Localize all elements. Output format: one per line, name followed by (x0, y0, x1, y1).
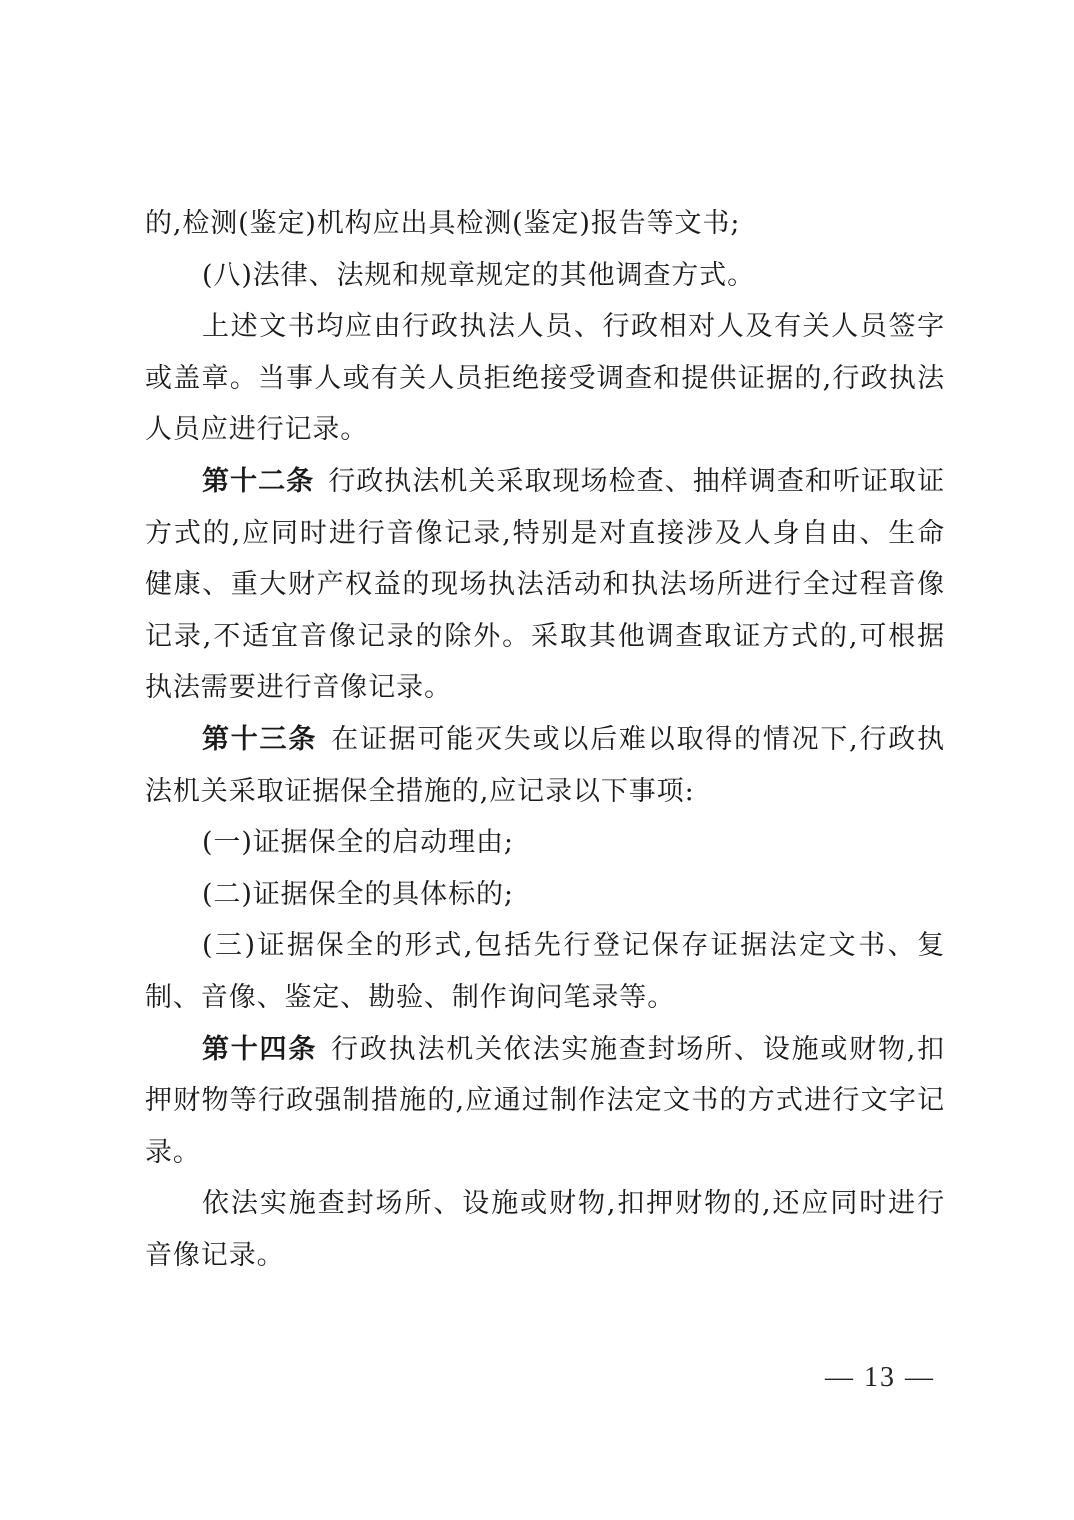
paragraph-text: (一)证据保全的启动理由; (202, 827, 514, 858)
article-12: 第十二条行政执法机关采取现场检查、抽样调查和听证取证方式的,应同时进行音像记录,… (145, 456, 945, 714)
article-heading: 第十二条 (202, 466, 314, 497)
list-item-2: (二)证据保全的具体标的; (145, 869, 945, 921)
paragraph-signature-requirement: 上述文书均应由行政执法人员、行政相对人及有关人员签字或盖章。当事人或有关人员拒绝… (145, 301, 945, 456)
paragraph-text: 上述文书均应由行政执法人员、行政相对人及有关人员签字或盖章。当事人或有关人员拒绝… (145, 311, 945, 445)
paragraph-text: (八)法律、法规和规章规定的其他调查方式。 (202, 260, 755, 291)
paragraph-text: 行政执法机关采取现场检查、抽样调查和听证取证方式的,应同时进行音像记录,特别是对… (145, 466, 945, 703)
paragraph-text: 的,检测(鉴定)机构应出具检测(鉴定)报告等文书; (145, 208, 740, 239)
paragraph-continuation: 的,检测(鉴定)机构应出具检测(鉴定)报告等文书; (145, 198, 945, 250)
list-item-8: (八)法律、法规和规章规定的其他调查方式。 (145, 250, 945, 302)
paragraph-text: 依法实施查封场所、设施或财物,扣押财物的,还应同时进行音像记录。 (145, 1188, 945, 1271)
article-heading: 第十四条 (202, 1034, 317, 1065)
list-item-1: (一)证据保全的启动理由; (145, 817, 945, 869)
article-14: 第十四条行政执法机关依法实施查封场所、设施或财物,扣押财物等行政强制措施的,应通… (145, 1024, 945, 1179)
paragraph-text: (二)证据保全的具体标的; (202, 879, 514, 910)
page-number: — 13 — (825, 1362, 935, 1394)
paragraph-text: (三)证据保全的形式,包括先行登记保存证据法定文书、复制、音像、鉴定、勘验、制作… (145, 930, 945, 1013)
article-heading: 第十三条 (202, 724, 317, 755)
list-item-3: (三)证据保全的形式,包括先行登记保存证据法定文书、复制、音像、鉴定、勘验、制作… (145, 920, 945, 1023)
paragraph-seizure-recording: 依法实施查封场所、设施或财物,扣押财物的,还应同时进行音像记录。 (145, 1178, 945, 1281)
article-13: 第十三条在证据可能灭失或以后难以取得的情况下,行政执法机关采取证据保全措施的,应… (145, 714, 945, 817)
document-body: 的,检测(鉴定)机构应出具检测(鉴定)报告等文书; (八)法律、法规和规章规定的… (145, 198, 945, 1281)
